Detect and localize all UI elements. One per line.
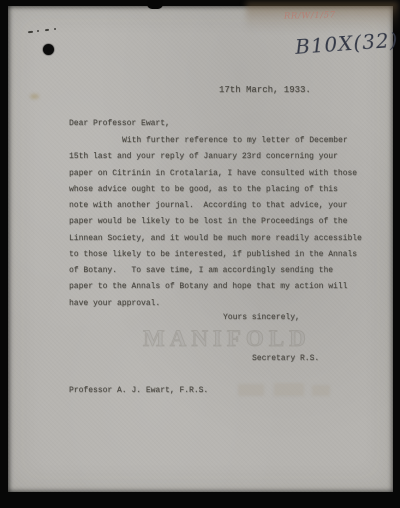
photographed-letter: RR/W/1/57 B10X(32). 17th March, 1933. De… <box>0 0 400 508</box>
paper-edge-notch <box>147 0 163 9</box>
body-line: 15th last and your reply of January 23rd… <box>69 152 338 162</box>
pencil-mark <box>54 28 56 30</box>
pencil-mark <box>45 29 49 31</box>
body-line: of Botany. To save time, I am accordingl… <box>69 266 333 276</box>
body-line: paper to the Annals of Botany and hope t… <box>69 282 347 292</box>
pencil-mark <box>28 31 33 33</box>
body-line: whose advice ought to be good, as to the… <box>69 185 338 195</box>
foxing-stain <box>30 94 39 99</box>
body-line: Linnean Society, and it would be much mo… <box>69 234 362 244</box>
catalog-annotation: B10X(32). <box>294 28 400 58</box>
hole-punch-mark <box>43 44 54 55</box>
letter-date: 17th March, 1933. <box>219 85 311 95</box>
faint-impression <box>238 384 264 396</box>
faint-impression <box>274 383 304 396</box>
salutation: Dear Professor Ewart, <box>69 119 170 129</box>
manifold-watermark: MANIFOLD <box>143 326 311 352</box>
body-line: With further reference to my letter of D… <box>122 136 348 146</box>
body-line: note with another journal. According to … <box>69 201 347 211</box>
archival-reference: RR/W/1/57 <box>284 10 336 21</box>
addressee-line: Professor A. J. Ewart, F.R.S. <box>69 386 208 396</box>
body-line: to those likely to be interested, if pub… <box>69 250 357 260</box>
valediction: Yours sincerely, <box>223 313 300 323</box>
faint-impression <box>312 385 330 396</box>
body-line: paper would be likely to be lost in the … <box>69 217 347 227</box>
letter-page: RR/W/1/57 B10X(32). 17th March, 1933. De… <box>8 6 393 492</box>
body-line: paper on Citrinin in Crotalaria, I have … <box>69 169 357 179</box>
signature: Secretary R.S. <box>252 354 319 364</box>
pencil-mark <box>37 30 39 32</box>
body-line: have your approval. <box>69 299 160 309</box>
